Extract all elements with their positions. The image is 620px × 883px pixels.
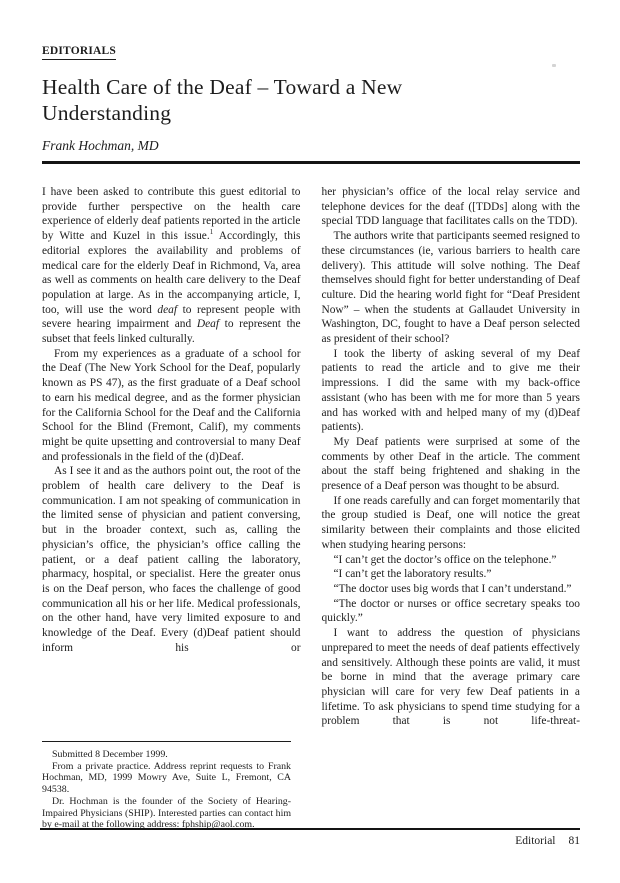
paragraph: As I see it and as the authors point out… [42, 464, 301, 655]
left-column-text: I have been asked to contribute this gue… [42, 185, 301, 656]
italic-term: deaf [157, 304, 177, 316]
paragraph: I want to address the question of physic… [322, 626, 581, 729]
article-body: I have been asked to contribute this gue… [42, 185, 580, 833]
paragraph: her physician’s office of the local rela… [322, 185, 581, 229]
scan-artifact [552, 64, 556, 67]
reference-superscript: 1 [210, 228, 214, 236]
paragraph: I took the liberty of asking several of … [322, 347, 581, 435]
footer-running-title: Editorial [515, 835, 555, 847]
left-column: I have been asked to contribute this gue… [42, 185, 301, 833]
paragraph: My Deaf patients were surprised at some … [322, 435, 581, 494]
paragraph: “I can’t get the doctor’s office on the … [322, 553, 581, 568]
right-column-text: her physician’s office of the local rela… [322, 185, 581, 729]
article-title: Health Care of the Deaf – Toward a New U… [42, 74, 482, 126]
page-number: 81 [569, 835, 581, 847]
right-column: her physician’s office of the local rela… [322, 185, 581, 833]
footnote-paragraph: From a private practice. Address reprint… [42, 761, 291, 796]
paragraph: I have been asked to contribute this gue… [42, 185, 301, 347]
footnote-text: Submitted 8 December 1999.From a private… [42, 749, 291, 831]
paragraph: “The doctor or nurses or office secretar… [322, 597, 581, 626]
paragraph: The authors write that participants seem… [322, 229, 581, 347]
page-footer: Editorial81 [40, 828, 580, 848]
paragraph: “The doctor uses big words that I can’t … [322, 582, 581, 597]
paragraph: “I can’t get the laboratory results.” [322, 567, 581, 582]
author-byline: Frank Hochman, MD [42, 138, 580, 153]
footnote-paragraph: Submitted 8 December 1999. [42, 749, 291, 761]
paragraph: If one reads carefully and can forget mo… [322, 494, 581, 553]
header-rule [42, 161, 580, 164]
editorial-page: EDITORIALS Health Care of the Deaf – Tow… [0, 0, 620, 883]
footnote-paragraph: Dr. Hochman is the founder of the Societ… [42, 796, 291, 831]
section-kicker: EDITORIALS [42, 45, 116, 60]
italic-term: Deaf [197, 318, 219, 330]
paragraph: From my experiences as a graduate of a s… [42, 347, 301, 465]
footnote-block: Submitted 8 December 1999.From a private… [42, 741, 291, 833]
